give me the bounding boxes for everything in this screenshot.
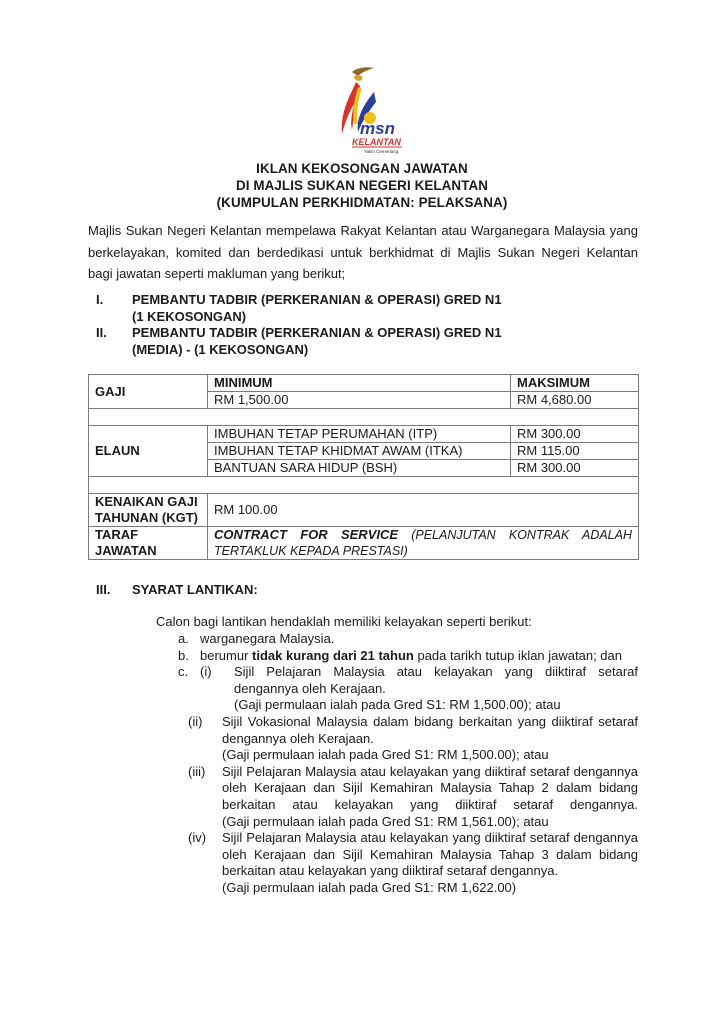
table-row: KENAIKAN GAJI TAHUNAN (KGT) RM 100.00	[89, 494, 639, 527]
minimum-value: RM 1,500.00	[208, 392, 511, 409]
position-number: II.	[96, 325, 132, 358]
title-line-2: DI MAJLIS SUKAN NEGERI KELANTAN	[0, 177, 724, 194]
svg-text:msn: msn	[360, 119, 395, 138]
list-item: a. warganegara Malaysia.	[178, 631, 638, 648]
kgt-label: KENAIKAN GAJI TAHUNAN (KGT)	[89, 494, 208, 527]
svg-text:KELANTAN: KELANTAN	[352, 137, 401, 147]
contract-type: CONTRACT FOR SERVICE	[214, 527, 398, 542]
position-title: PEMBANTU TADBIR (PERKERANIAN & OPERASI) …	[132, 325, 502, 342]
positions-list: I. PEMBANTU TADBIR (PERKERANIAN & OPERAS…	[96, 292, 502, 358]
position-vacancy: (1 KEKOSONGAN)	[132, 309, 502, 326]
minimum-header: MINIMUM	[208, 375, 511, 392]
table-spacer-row	[89, 409, 639, 426]
intro-line: berkelayakan, komited dan berdedikasi un…	[88, 242, 638, 264]
allowance-name: IMBUHAN TETAP KHIDMAT AWAM (ITKA)	[208, 443, 511, 460]
intro-paragraph: Majlis Sukan Negeri Kelantan mempelawa R…	[88, 220, 638, 285]
requirements-intro: Calon bagi lantikan hendaklah memiliki k…	[156, 614, 532, 630]
kgt-value: RM 100.00	[208, 494, 639, 527]
title-line-3: (KUMPULAN PERKHIDMATAN: PELAKSANA)	[0, 194, 724, 211]
allowance-amount: RM 300.00	[511, 460, 639, 477]
position-item: I. PEMBANTU TADBIR (PERKERANIAN & OPERAS…	[96, 292, 502, 325]
position-title: PEMBANTU TADBIR (PERKERANIAN & OPERASI) …	[132, 292, 502, 309]
table-row: ELAUN IMBUHAN TETAP PERUMAHAN (ITP) RM 3…	[89, 426, 639, 443]
salary-table: GAJI MINIMUM MAKSIMUM RM 1,500.00 RM 4,6…	[88, 374, 639, 560]
table-spacer-row	[89, 477, 639, 494]
msn-kelantan-logo: msn KELANTAN Yakin Cemerlang	[326, 62, 406, 156]
qualification-option: (i) Sijil Pelajaran Malaysia atau kelaya…	[200, 664, 638, 714]
intro-line: Majlis Sukan Negeri Kelantan mempelawa R…	[88, 220, 638, 242]
gaji-label: GAJI	[89, 375, 208, 409]
allowance-amount: RM 115.00	[511, 443, 639, 460]
age-requirement: tidak kurang dari 21 tahun	[252, 648, 414, 663]
position-item: II. PEMBANTU TADBIR (PERKERANIAN & OPERA…	[96, 325, 502, 358]
document-title: IKLAN KEKOSONGAN JAWATAN DI MAJLIS SUKAN…	[0, 160, 724, 211]
qualification-option: (iii) Sijil Pelajaran Malaysia atau kela…	[188, 764, 638, 830]
table-row: GAJI MINIMUM MAKSIMUM	[89, 375, 639, 392]
maksimum-header: MAKSIMUM	[511, 375, 639, 392]
allowance-name: IMBUHAN TETAP PERUMAHAN (ITP)	[208, 426, 511, 443]
qualification-option: (iv) Sijil Pelajaran Malaysia atau kelay…	[188, 830, 638, 896]
list-item: b. berumur tidak kurang dari 21 tahun pa…	[178, 648, 638, 665]
allowance-name: BANTUAN SARA HIDUP (BSH)	[208, 460, 511, 477]
contract-note: TERTAKLUK KEPADA PRESTASI)	[214, 543, 632, 559]
position-vacancy: (MEDIA) - (1 KEKOSONGAN)	[132, 342, 502, 359]
requirements-list: a. warganegara Malaysia. b. berumur tida…	[178, 631, 638, 897]
torch-logo-icon: msn KELANTAN Yakin Cemerlang	[326, 62, 406, 156]
allowance-amount: RM 300.00	[511, 426, 639, 443]
maksimum-value: RM 4,680.00	[511, 392, 639, 409]
intro-line: bagi jawatan seperti makluman yang berik…	[88, 263, 638, 285]
section-heading: III. SYARAT LANTIKAN:	[96, 582, 258, 597]
svg-text:Yakin Cemerlang: Yakin Cemerlang	[364, 149, 399, 154]
taraf-value: CONTRACT FOR SERVICE (PELANJUTAN KONTRAK…	[208, 527, 639, 560]
taraf-label: TARAF JAWATAN	[89, 527, 208, 560]
title-line-1: IKLAN KEKOSONGAN JAWATAN	[0, 160, 724, 177]
contract-note: (PELANJUTAN KONTRAK ADALAH	[411, 528, 632, 542]
position-number: I.	[96, 292, 132, 325]
elaun-label: ELAUN	[89, 426, 208, 477]
list-item: c. (i) Sijil Pelajaran Malaysia atau kel…	[178, 664, 638, 896]
qualification-option: (ii) Sijil Vokasional Malaysia dalam bid…	[188, 714, 638, 764]
section-title: SYARAT LANTIKAN:	[132, 582, 258, 597]
table-row: TARAF JAWATAN CONTRACT FOR SERVICE (PELA…	[89, 527, 639, 560]
